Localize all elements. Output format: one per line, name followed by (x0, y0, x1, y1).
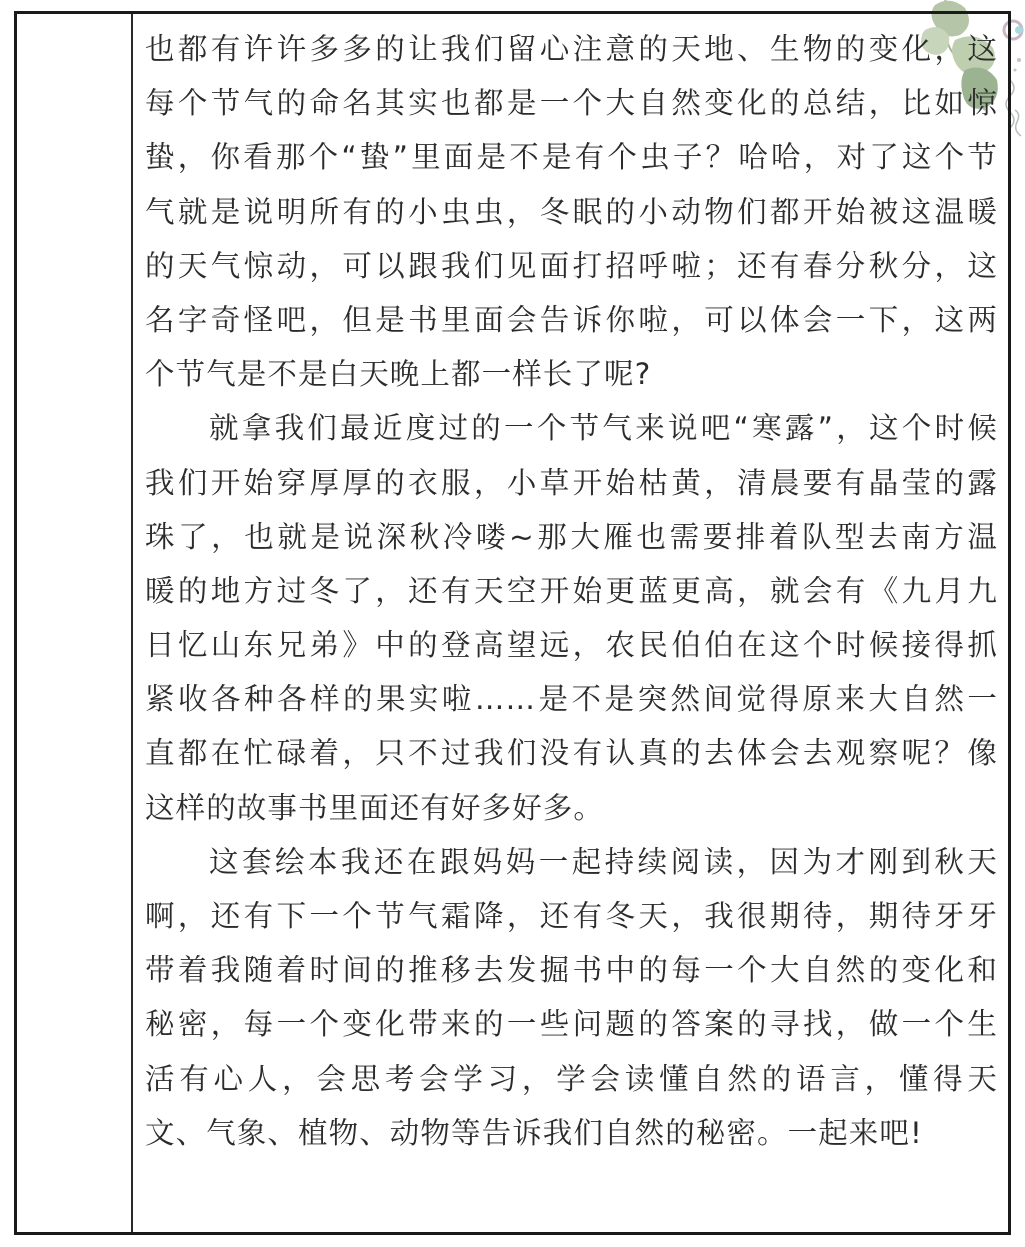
text-line: 啊，还有下一个节气霜降，还有冬天，我很期待，期待牙牙 (145, 889, 998, 943)
text-line: 每个节气的命名其实也都是一个大自然变化的总结，比如惊 (145, 76, 998, 130)
text-line: 蛰，你看那个“蛰”里面是不是有个虫子？哈哈，对了这个节 (145, 130, 998, 184)
text-line: 暖的地方过冬了，还有天空开始更蓝更高，就会有《九月九 (145, 564, 998, 618)
text-line: 个节气是不是白天晚上都一样长了呢? (145, 347, 998, 401)
content-cell: 也都有许许多多的让我们留心注意的天地、生物的变化，这 每个节气的命名其实也都是一… (133, 14, 1008, 1232)
text-line: 带着我随着时间的推移去发掘书中的每一个大自然的变化和 (145, 943, 998, 997)
label-cell (17, 14, 133, 1232)
text-line: 我们开始穿厚厚的衣服，小草开始枯黄，清晨要有晶莹的露 (145, 456, 998, 510)
text-line: 活有心人，会思考会学习，学会读懂自然的语言，懂得天 (145, 1052, 998, 1106)
text-line: 紧收各种各样的果实啦……是不是突然间觉得原来大自然一 (145, 672, 998, 726)
text-line: 也都有许许多多的让我们留心注意的天地、生物的变化，这 (145, 22, 998, 76)
text-line: 日忆山东兄弟》中的登高望远，农民伯伯在这个时候接得抓 (145, 618, 998, 672)
text-line: 这套绘本我还在跟妈妈一起持续阅读，因为才刚到秋天 (145, 835, 998, 889)
text-line: 气就是说明所有的小虫虫，冬眠的小动物们都开始被这温暖 (145, 185, 998, 239)
text-line: 就拿我们最近度过的一个节气来说吧“寒露”，这个时候 (145, 401, 998, 455)
text-line: 这样的故事书里面还有好多好多。 (145, 781, 998, 835)
paragraph-2: 就拿我们最近度过的一个节气来说吧“寒露”，这个时候 我们开始穿厚厚的衣服，小草开… (145, 401, 998, 835)
document-table: 也都有许许多多的让我们留心注意的天地、生物的变化，这 每个节气的命名其实也都是一… (14, 11, 1011, 1235)
text-line: 文、气象、植物、动物等告诉我们自然的秘密。一起来吧! (145, 1106, 998, 1160)
text-line: 名字奇怪吧，但是书里面会告诉你啦，可以体会一下，这两 (145, 293, 998, 347)
text-line: 的天气惊动，可以跟我们见面打招呼啦；还有春分秋分，这 (145, 239, 998, 293)
text-line: 珠了，也就是说深秋冷喽~那大雁也需要排着队型去南方温 (145, 510, 998, 564)
text-line: 秘密，每一个变化带来的一些问题的答案的寻找，做一个生 (145, 997, 998, 1051)
text-line: 直都在忙碌着，只不过我们没有认真的去体会去观察呢？像 (145, 726, 998, 780)
paragraph-1: 也都有许许多多的让我们留心注意的天地、生物的变化，这 每个节气的命名其实也都是一… (145, 22, 998, 401)
paragraph-3: 这套绘本我还在跟妈妈一起持续阅读，因为才刚到秋天 啊，还有下一个节气霜降，还有冬… (145, 835, 998, 1160)
